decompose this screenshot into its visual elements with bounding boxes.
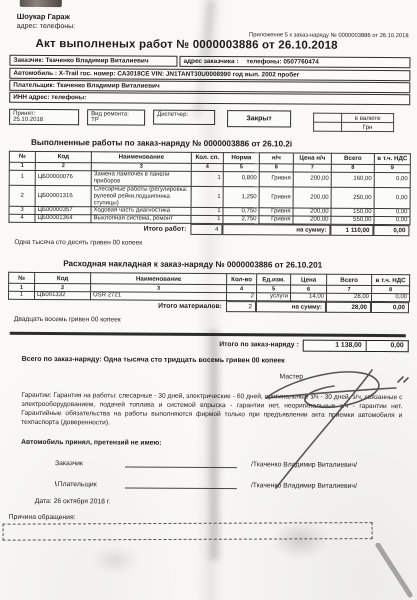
works-cell-num: 1 [9,170,35,185]
materials-total-row: Итого материалов: 2 на сумму: 28,00 0,00 [8,300,409,313]
works-cell-num: 3 [9,207,35,215]
works-cell-unit: Гривня [259,187,293,209]
works-row: 2 ЦБ00001316 Слесарные работы (регулиров… [9,185,410,209]
currency-label: в валюте [342,113,394,122]
document-date: Дата: 26 октября 2018 г. [35,497,408,506]
works-cell-total: 250,00 [331,187,374,209]
materials-section-title: Расходная накладная к заказ-наряду № 000… [63,259,409,270]
works-col-header: в т.ч. НДС [374,154,410,165]
works-cell-total: 550,00 [331,217,374,225]
works-cell-norm: 0,800 [223,172,259,187]
reason-entry-box [3,522,373,541]
works-cell-norm: 1,250 [223,186,259,208]
works-col-header: Норма [223,153,259,164]
materials-table: № Код Наименование Кол-во Ед.изм. Цена В… [8,272,410,302]
materials-col-number: 5 [257,285,291,293]
works-cell-vat: 0,00 [374,217,410,225]
works-col-number: 1 [9,162,35,170]
works-col-number: 6 [259,164,293,172]
works-cell-vat: 0,00 [374,173,410,188]
payer-sign-label: \Плательщик [55,481,125,488]
customer-sign-label: Заказчик [55,460,125,467]
works-col-number: 7 [293,164,331,172]
materials-total-vat: 0,00 [371,302,409,313]
customer-sign-name: /Ткаченко Владимир Виталиевич/ [251,461,357,469]
materials-col-number: 1 [9,284,35,292]
received-field: Принят: 25.10.2018 [9,109,79,125]
materials-cell-price: 14,00 [290,293,326,301]
materials-col-number: 8 [372,286,410,294]
works-total-label: Итого работ: [8,223,190,235]
materials-cell-num: 1 [8,292,34,300]
works-cell-name: Слесарные работы (регулировка: рулевой р… [91,186,191,208]
works-cell-qty: 1 [191,216,223,224]
works-amount-words: Одна тысяча сто десять гривен 00 копеек [14,239,409,248]
materials-col-header: Код [35,273,91,284]
materials-col-header: Цена [291,274,327,285]
section-divider [10,332,406,337]
works-col-header: Цена н/ч [293,153,331,164]
works-cell-unit: Гривня [259,172,293,187]
works-cell-num: 4 [9,215,35,223]
materials-col-number: 6 [291,285,327,293]
customer-info: Заказчик: Ткаченко Владимир Виталиевич а… [9,55,410,105]
works-cell-unit: Гривня [259,208,293,216]
materials-cell-vat: 0,00 [371,294,409,302]
works-cell-name: Выхлопная система, ремонт [91,215,191,224]
materials-col-header: Наименование [91,273,227,285]
dispatcher-label: Диспетчер: [157,112,211,118]
materials-sum-label: на сумму: [256,301,326,312]
acceptance-statement: Автомобиль принял, претензий не имею: [21,438,408,447]
works-sum-label: на сумму: [222,224,330,236]
materials-total-sum: 28,00 [326,302,371,313]
address-label: адрес заказчика : [183,58,238,65]
materials-col-header: в т.ч. НДС [372,275,410,286]
garage-header: Шоукар Гараж адрес: телефоны: [17,12,411,32]
works-cell-norm: 0,750 [223,208,259,216]
document-title: Акт выполненых работ № 0000003886 от 26.… [36,38,411,52]
order-total-vat: 0,00 [367,340,409,352]
works-cell-vat: 0,00 [374,209,410,217]
works-col-header: н/ч [259,153,293,164]
works-cell-code: ЦБ00000076 [35,170,91,185]
works-cell-unit: Гривня [259,216,293,224]
works-total-sum: 1 110,00 [330,225,373,236]
works-col-header: Кол. сп. [191,152,223,163]
works-cell-price: 200,00 [293,216,331,224]
works-col-header: № [9,151,35,162]
works-cell-name: Замена лампочек в панели приборов [91,171,191,186]
works-col-number: 4 [191,163,223,171]
repair-type-field: Вид ремонта: ТР [87,109,145,125]
works-cell-code: ЦБ00001316 [35,185,91,207]
order-total-label: Итого по заказ-наряду : [219,341,298,348]
warranty-text: Гарантии: Гарантия на работы: слесарные … [7,390,408,429]
closed-status-badge: Закрыт [227,110,291,127]
materials-cell-code: ЦБ001332 [34,292,90,300]
works-col-number: 9 [374,165,410,173]
works-table: № Код Наименование Кол. сп. Норма н/ч Це… [8,151,410,226]
order-total-row: Итого по заказ-наряду : 1 138,00 0,00 [8,337,409,351]
currency-empty-cell [314,113,342,122]
dispatcher-field: Диспетчер: [153,110,215,125]
document-content: Шоукар Гараж адрес: телефоны: Приложение… [0,0,417,600]
works-cell-code: ЦБ00001364 [35,215,91,223]
order-total-value: 1 138,00 [303,339,367,351]
received-date: 25.10.2018 [13,117,75,123]
currency-empty-cell [314,122,342,131]
works-section-title: Выполненные работы по заказ-наряду № 000… [31,138,410,149]
materials-col-header: Всего [327,274,372,285]
scanned-document: Шоукар Гараж адрес: телефоны: Приложение… [0,0,417,600]
materials-total-label: Итого материалов: [8,300,226,312]
works-cell-num: 2 [9,185,35,207]
materials-cell-qty: 2 [226,293,256,301]
signature-line [125,459,237,468]
materials-col-header: Ед.изм. [257,274,291,285]
works-cell-total: 160,00 [331,172,374,187]
works-col-header: Всего [331,153,374,164]
phone-value: телефоны: 0507760474 [246,58,318,65]
customer-field: Заказчик: Ткаченко Владимир Виталиевич [9,55,177,67]
payer-sign-name: /Ткаченко Владимир Виталиевич/ [251,482,357,490]
materials-col-header: Кол-во [227,274,257,285]
works-cell-name: Ходовая часть диагностика [91,207,191,216]
works-col-header: Наименование [91,152,191,164]
materials-amount-words: Двадцать восемь гривен 00 копеек [14,316,409,325]
works-col-header: Код [35,151,91,162]
materials-total-qty: 2 [226,301,256,312]
works-total-qty: 4 [190,224,222,235]
garage-name: Шоукар Гараж [17,12,411,23]
materials-cell-total: 28,00 [326,293,371,301]
works-col-number: 5 [223,164,259,172]
works-total-vat: 0,00 [373,225,409,236]
works-cell-norm: 2,750 [223,216,259,224]
materials-col-header: № [9,273,35,284]
order-status-row: Принят: 25.10.2018 Вид ремонта: ТР Диспе… [9,109,410,132]
works-cell-total: 150,00 [331,209,374,217]
master-label: Мастер [280,373,304,380]
works-cell-qty: 1 [191,208,223,216]
customer-signature-row: Заказчик /Ткаченко Владимир Виталиевич/ [7,458,408,468]
works-cell-vat: 0,00 [374,187,410,209]
materials-col-number: 4 [227,285,257,293]
works-cell-price: 200,00 [293,208,331,216]
pen-tick-mark: \ [55,481,57,488]
customer-address-field: адрес заказчика : телефоны: 0507760474 [179,56,410,68]
payer-signature-row: \Плательщик /Ткаченко Владимир Виталиеви… [7,479,408,489]
order-total-words: Всего по заказ-наряду: Одна тысяча сто т… [22,355,409,364]
works-cell-code: ЦБ00000357 [35,207,91,215]
materials-cell-unit: услуги [256,293,290,301]
works-cell-price: 200,00 [293,187,331,209]
payer-label-text: Плательщик [58,481,97,488]
works-col-number: 8 [331,164,374,172]
currency-value: Грн [342,122,394,131]
repair-type-value: ТР [91,117,141,123]
materials-cell-name: OSR 2721 [90,292,226,301]
signature-line [125,480,237,489]
works-total-row: Итого работ: 4 на сумму: 1 110,00 0,00 [8,223,409,236]
master-line: Мастер [280,373,409,381]
works-cell-price: 200,00 [293,172,331,187]
inn-field: ИНН адрес: телефоны: [9,92,410,105]
currency-table: в валюте Грн [313,113,394,132]
works-cell-qty: 1 [191,186,223,208]
materials-col-number: 7 [327,285,372,293]
works-cell-qty: 1 [191,171,223,186]
photo-fragment [20,0,62,7]
